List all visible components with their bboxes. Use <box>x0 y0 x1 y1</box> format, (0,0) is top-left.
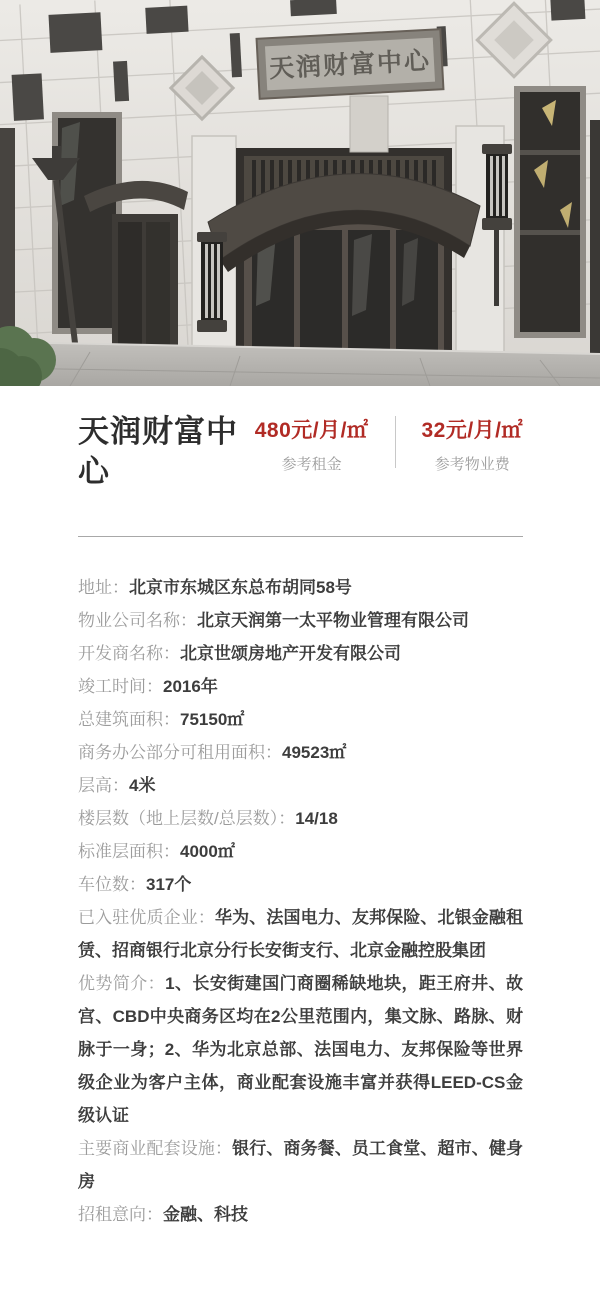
detail-value: 金融、科技 <box>163 1205 248 1224</box>
building-photo[interactable]: 天润财富中心 <box>0 0 600 386</box>
detail-value: 4000㎡ <box>180 842 235 861</box>
detail-row-1: 物业公司名称：北京天润第一太平物业管理有限公司 <box>78 604 523 637</box>
detail-row-3: 竣工时间：2016年 <box>78 670 523 703</box>
detail-value: 75150㎡ <box>180 710 244 729</box>
detail-row-5: 商务办公部分可租用面积：49523㎡ <box>78 736 523 769</box>
fee-price-block: 32元/月/㎡ 参考物业费 <box>421 414 523 474</box>
detail-label: 主要商业配套设施： <box>78 1139 232 1158</box>
rent-price: 480元/月/㎡ <box>255 414 369 444</box>
building-photo-illustration: 天润财富中心 <box>0 0 600 386</box>
detail-row-11: 优势简介：1、长安街建国门商圈稀缺地块，距王府井、故宫、CBD中央商务区均在2公… <box>78 967 523 1132</box>
detail-label: 总建筑面积： <box>78 710 180 729</box>
detail-value: 317个 <box>146 875 191 894</box>
detail-value: 北京市东城区东总布胡同58号 <box>129 578 352 597</box>
detail-label: 层高： <box>78 776 129 795</box>
detail-label: 楼层数（地上层数/总层数）： <box>78 809 295 828</box>
detail-row-0: 地址：北京市东城区东总布胡同58号 <box>78 571 523 604</box>
detail-row-7: 楼层数（地上层数/总层数）：14/18 <box>78 802 523 835</box>
detail-value: 北京天润第一太平物业管理有限公司 <box>197 611 469 630</box>
detail-row-12: 主要商业配套设施：银行、商务餐、员工食堂、超市、健身房 <box>78 1132 523 1198</box>
building-sign: 天润财富中心 <box>257 29 444 99</box>
detail-value: 49523㎡ <box>282 743 346 762</box>
detail-label: 招租意向： <box>78 1205 163 1224</box>
detail-row-2: 开发商名称：北京世颂房地产开发有限公司 <box>78 637 523 670</box>
detail-label: 车位数： <box>78 875 146 894</box>
detail-value: 4米 <box>129 776 155 795</box>
detail-row-10: 已入驻优质企业：华为、法国电力、友邦保险、北银金融租赁、招商银行北京分行长安街支… <box>78 901 523 967</box>
detail-row-8: 标准层面积：4000㎡ <box>78 835 523 868</box>
wall-lamp-left <box>197 232 227 332</box>
detail-label: 竣工时间： <box>78 677 163 696</box>
page-title: 天润财富中心 <box>78 412 255 493</box>
price-summary: 480元/月/㎡ 参考租金 32元/月/㎡ 参考物业费 <box>255 412 523 474</box>
details-list: 地址：北京市东城区东总布胡同58号物业公司名称：北京天润第一太平物业管理有限公司… <box>78 571 523 1231</box>
rent-price-block: 480元/月/㎡ 参考租金 <box>255 414 369 474</box>
fee-price-label: 参考物业费 <box>435 453 510 474</box>
detail-row-13: 招租意向：金融、科技 <box>78 1198 523 1231</box>
fee-price: 32元/月/㎡ <box>421 414 523 444</box>
detail-value: 1、长安街建国门商圈稀缺地块，距王府井、故宫、CBD中央商务区均在2公里范围内，… <box>78 974 523 1125</box>
price-separator <box>395 416 396 468</box>
rent-price-label: 参考租金 <box>282 453 342 474</box>
section-divider <box>78 536 523 537</box>
detail-label: 已入驻优质企业： <box>78 908 215 927</box>
detail-label: 地址： <box>78 578 129 597</box>
detail-label: 商务办公部分可租用面积： <box>78 743 282 762</box>
detail-value: 北京世颂房地产开发有限公司 <box>180 644 401 663</box>
detail-label: 标准层面积： <box>78 842 180 861</box>
detail-label: 开发商名称： <box>78 644 180 663</box>
detail-label: 物业公司名称： <box>78 611 197 630</box>
listing-header: 天润财富中心 480元/月/㎡ 参考租金 32元/月/㎡ 参考物业费 <box>78 412 523 493</box>
detail-value: 2016年 <box>163 677 218 696</box>
detail-row-4: 总建筑面积：75150㎡ <box>78 703 523 736</box>
listing-info-section: 天润财富中心 480元/月/㎡ 参考租金 32元/月/㎡ 参考物业费 地址：北京… <box>0 412 600 1231</box>
detail-value: 14/18 <box>295 809 338 828</box>
detail-label: 优势简介： <box>78 974 165 993</box>
detail-row-6: 层高：4米 <box>78 769 523 802</box>
detail-row-9: 车位数：317个 <box>78 868 523 901</box>
